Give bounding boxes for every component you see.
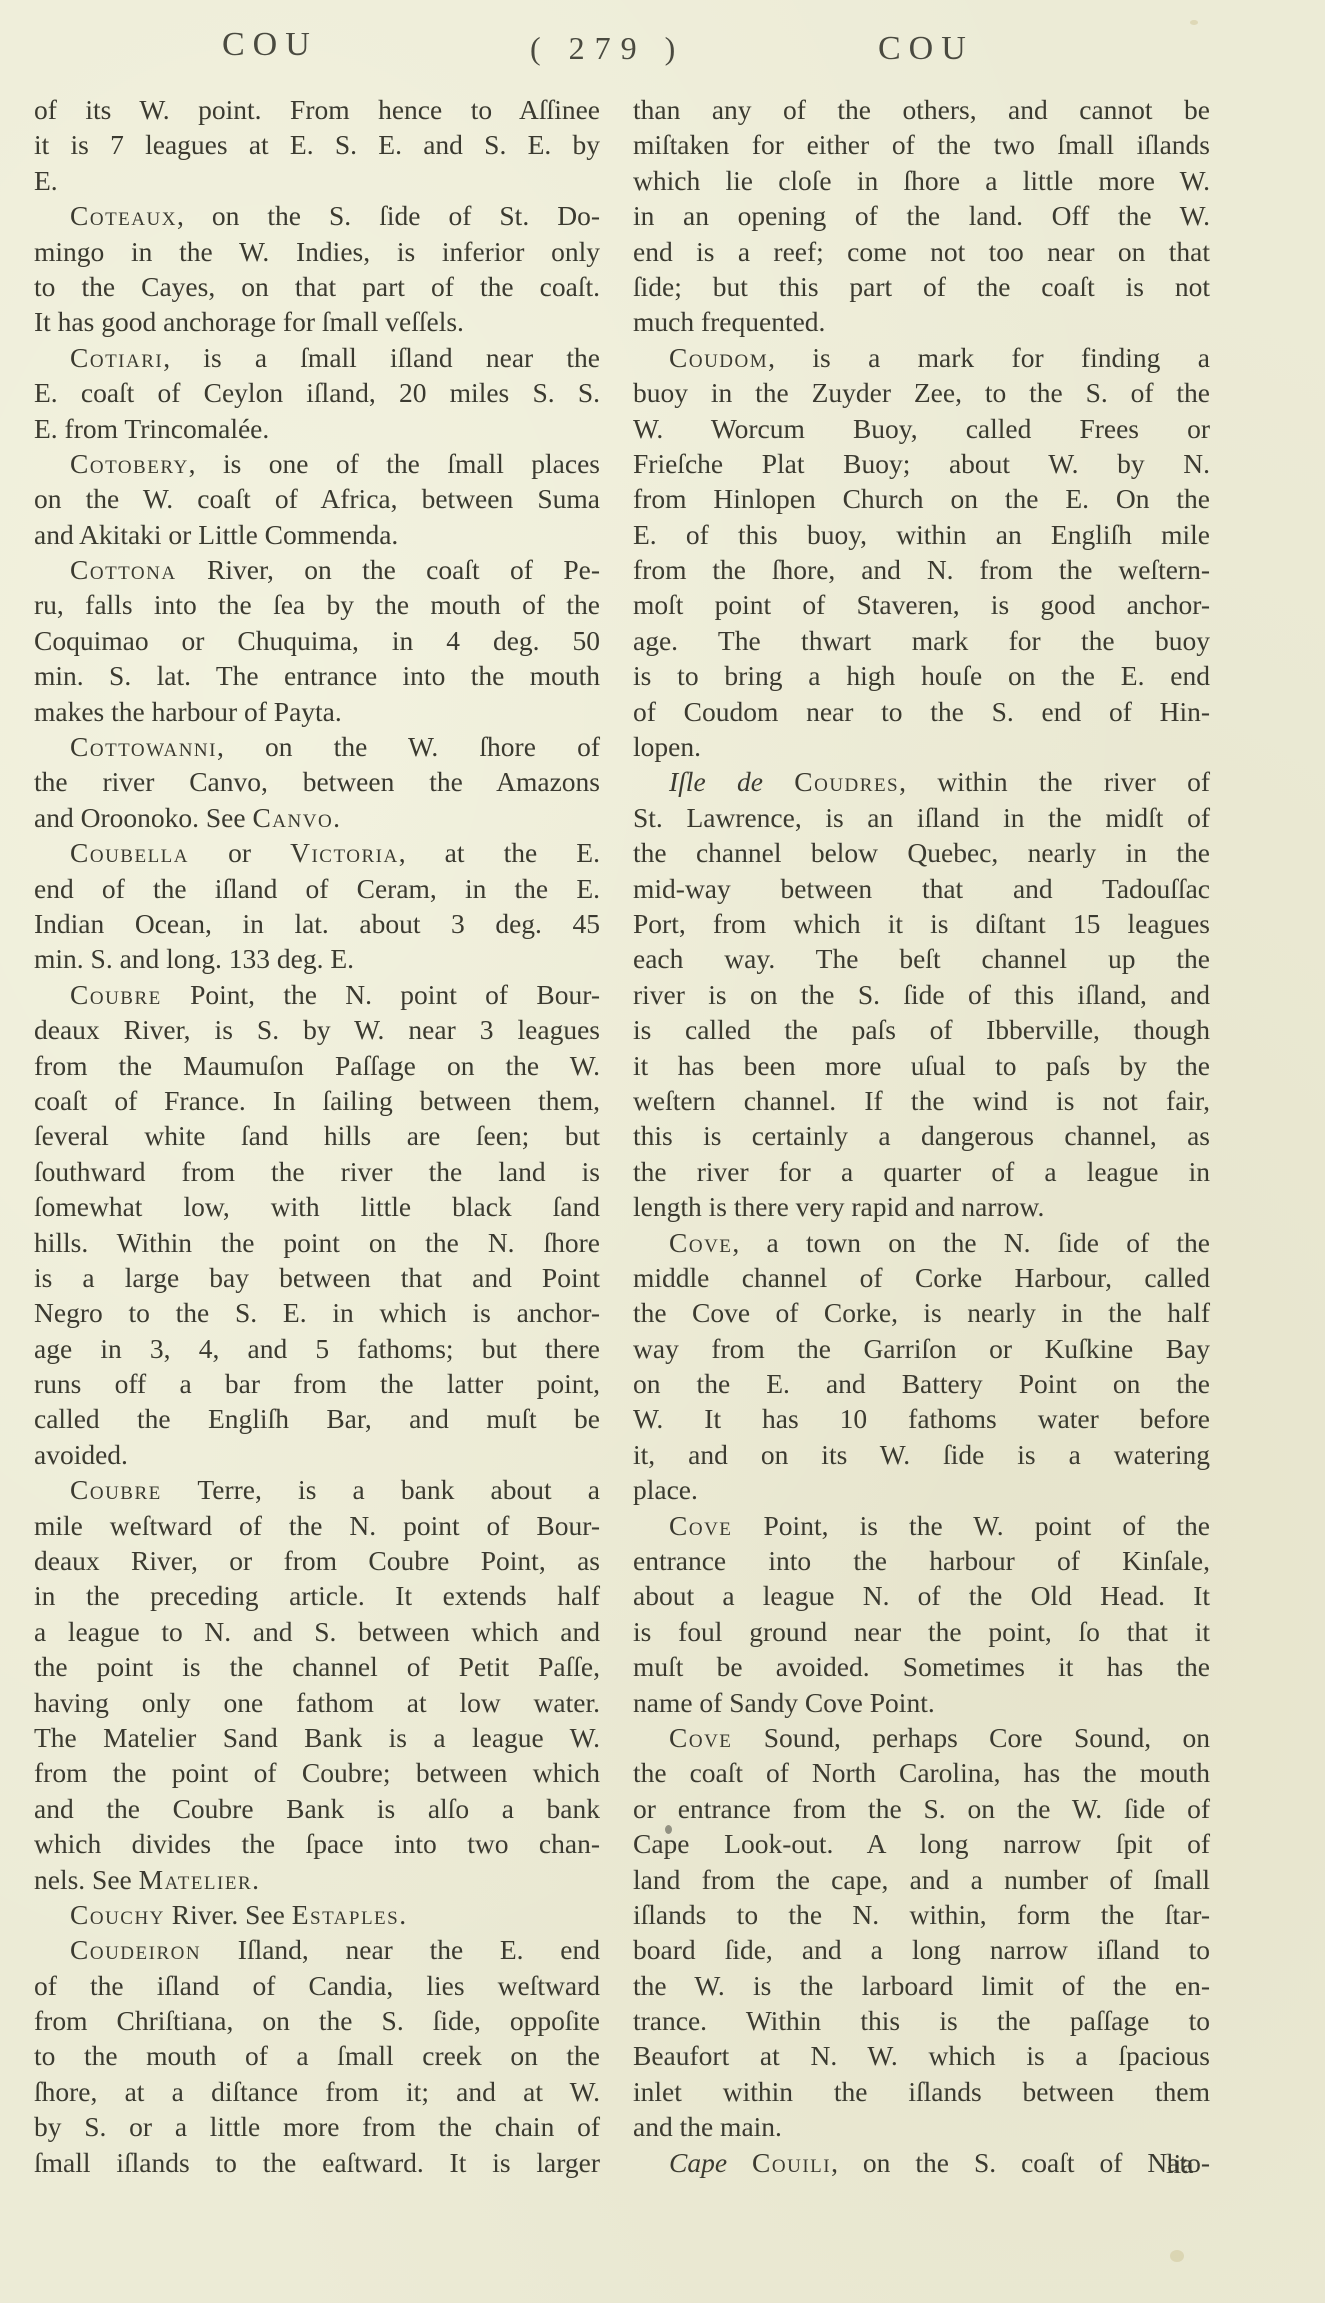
text-line: age. The thwart mark for the buoy bbox=[633, 623, 1210, 658]
entry-headword: Coubre bbox=[70, 979, 162, 1010]
line-text: runs off a bar from the latter point, bbox=[34, 1368, 600, 1399]
text-line: St. Lawrence, is an iſland in the midſt … bbox=[633, 800, 1210, 835]
entry-prefix: Cape bbox=[669, 2147, 752, 2178]
entry-headword: Cottona bbox=[70, 554, 177, 585]
text-line: mile weſtward of the N. point of Bour- bbox=[34, 1508, 600, 1543]
text-line: Indian Ocean, in lat. about 3 deg. 45 bbox=[34, 906, 600, 941]
line-text: it has been more uſual to paſs by the bbox=[633, 1050, 1210, 1081]
entry-headword: Cove bbox=[669, 1510, 732, 1541]
text-line: this is certainly a dangerous channel, a… bbox=[633, 1118, 1210, 1153]
text-line: having only one fathom at low water. bbox=[34, 1685, 600, 1720]
line-text: by S. or a little more from the chain of bbox=[34, 2111, 600, 2142]
cross-reference: Estaples bbox=[292, 1899, 400, 1930]
text-line: end is a reef; come not too near on that bbox=[633, 234, 1210, 269]
entry-headword: Coudeiron bbox=[70, 1934, 201, 1965]
text-line: or entrance from the S. on the W. ſide o… bbox=[633, 1791, 1210, 1826]
line-text: ſmall iſlands to the eaſtward. It is lar… bbox=[34, 2147, 600, 2178]
text-line: by S. or a little more from the chain of bbox=[34, 2109, 600, 2144]
text-line: buoy in the Zuyder Zee, to the S. of the bbox=[633, 375, 1210, 410]
line-text: ſeveral white ſand hills are ſeen; but bbox=[34, 1120, 600, 1151]
text-line: min. S. and long. 133 deg. E. bbox=[34, 941, 600, 976]
text-line: way from the Garriſon or Kuſkine Bay bbox=[633, 1331, 1210, 1366]
entry-headword: Coudom bbox=[669, 342, 768, 373]
line-text: to the mouth of a ſmall creek on the bbox=[34, 2040, 600, 2071]
entry-first-line: Coubre Point, the N. point of Bour- bbox=[34, 977, 600, 1012]
line-text: hills. Within the point on the N. ſhore bbox=[34, 1227, 600, 1258]
line-text: ſomewhat low, with little black ſand bbox=[34, 1191, 600, 1222]
text-line: ſouthward from the river the land is bbox=[34, 1154, 600, 1189]
entry-first-line: Couchy River. See Estaples. bbox=[34, 1897, 600, 1932]
entry-first-line: Cove Sound, perhaps Core Sound, on bbox=[633, 1720, 1210, 1755]
text-line: board ſide, and a long narrow iſland to bbox=[633, 1932, 1210, 1967]
text-line: E. of this buoy, within an Engliſh mile bbox=[633, 517, 1210, 552]
line-text: Beaufort at N. W. which is a ſpacious bbox=[633, 2040, 1210, 2071]
page-number: ( 279 ) bbox=[530, 30, 685, 67]
line-text: coaſt of France. In ſailing between them… bbox=[34, 1085, 600, 1116]
line-text: nels. See bbox=[34, 1864, 139, 1895]
text-line: ſmall iſlands to the eaſtward. It is lar… bbox=[34, 2145, 600, 2180]
text-line: the Cove of Corke, is nearly in the half bbox=[633, 1295, 1210, 1330]
line-text: from Chriſtiana, on the S. ſide, oppoſit… bbox=[34, 2005, 600, 2036]
line-text: trance. Within this is the paſſage to bbox=[633, 2005, 1210, 2036]
entry-first-line: Iſle de Coudres, within the river of bbox=[633, 764, 1210, 799]
line-text: Point, the N. point of Bour- bbox=[162, 979, 600, 1010]
text-line: middle channel of Corke Harbour, called bbox=[633, 1260, 1210, 1295]
text-line: is a large bay between that and Point bbox=[34, 1260, 600, 1295]
text-line: which lie cloſe in ſhore a little more W… bbox=[633, 163, 1210, 198]
text-line: ſeveral white ſand hills are ſeen; but bbox=[34, 1118, 600, 1153]
paper-stain bbox=[1170, 2250, 1184, 2262]
line-text: River, on the coaſt of Pe- bbox=[177, 554, 600, 585]
text-line: ru, falls into the ſea by the mouth of t… bbox=[34, 587, 600, 622]
line-text: ſide; but this part of the coaſt is not bbox=[633, 271, 1210, 302]
line-text: or bbox=[189, 837, 290, 868]
line-text: mingo in the W. Indies, is inferior only bbox=[34, 236, 600, 267]
line-text-tail: . bbox=[333, 802, 340, 833]
text-line: deaux River, is S. by W. near 3 leagues bbox=[34, 1012, 600, 1047]
entry-headword: Couili bbox=[752, 2147, 831, 2178]
line-text: of the iſland of Candia, lies weſtward bbox=[34, 1970, 600, 2001]
line-text: , within the river of bbox=[899, 766, 1210, 797]
entry-headword: Cotiari bbox=[70, 342, 163, 373]
text-line: of Coudom near to the S. end of Hin- bbox=[633, 694, 1210, 729]
line-text: entrance into the harbour of Kinſale, bbox=[633, 1545, 1210, 1576]
entry-headword: Cottowanni bbox=[70, 731, 217, 762]
line-text: avoided. bbox=[34, 1439, 128, 1470]
text-line: river is on the S. ſide of this iſland, … bbox=[633, 977, 1210, 1012]
entry-first-line: Coudeiron Iſland, near the E. end bbox=[34, 1932, 600, 1967]
line-text: on the W. coaſt of Africa, between Suma bbox=[34, 483, 600, 514]
text-line: Coquimao or Chuquima, in 4 deg. 50 bbox=[34, 623, 600, 658]
line-text: which lie cloſe in ſhore a little more W… bbox=[633, 165, 1210, 196]
line-text: miſtaken for either of the two ſmall iſl… bbox=[633, 129, 1210, 160]
text-line: the W. is the larboard limit of the en- bbox=[633, 1968, 1210, 2003]
entry-first-line: Cove, a town on the N. ſide of the bbox=[633, 1225, 1210, 1260]
line-text: of Coudom near to the S. end of Hin- bbox=[633, 696, 1210, 727]
line-text: each way. The beſt channel up the bbox=[633, 943, 1210, 974]
line-text: Cape Look-out. A long narrow ſpit of bbox=[633, 1828, 1210, 1859]
line-text: Coquimao or Chuquima, in 4 deg. 50 bbox=[34, 625, 600, 656]
text-line: avoided. bbox=[34, 1437, 600, 1472]
text-line: is foul ground near the point, ſo that i… bbox=[633, 1614, 1210, 1649]
line-text: river is on the S. ſide of this iſland, … bbox=[633, 979, 1210, 1010]
text-line: age in 3, 4, and 5 fathoms; but there bbox=[34, 1331, 600, 1366]
entry-headword: Couchy bbox=[70, 1899, 165, 1930]
line-text: min. S. and long. 133 deg. E. bbox=[34, 943, 354, 974]
line-text: inlet within the iſlands between them bbox=[633, 2076, 1210, 2107]
text-line: Cape Look-out. A long narrow ſpit of bbox=[633, 1826, 1210, 1861]
line-text: makes the harbour of Payta. bbox=[34, 696, 342, 727]
entry-first-line: Cove Point, is the W. point of the bbox=[633, 1508, 1210, 1543]
text-line: The Matelier Sand Bank is a league W. bbox=[34, 1720, 600, 1755]
text-line: of its W. point. From hence to Aſſinee bbox=[34, 92, 600, 127]
line-text: the river for a quarter of a league in bbox=[633, 1156, 1210, 1187]
text-line: Beaufort at N. W. which is a ſpacious bbox=[633, 2038, 1210, 2073]
line-text-tail: . bbox=[399, 1899, 406, 1930]
line-text: length is there very rapid and narrow. bbox=[633, 1191, 1044, 1222]
right-column: than any of the others, and cannot bemiſ… bbox=[633, 92, 1210, 2180]
scanned-page: COU ( 279 ) COU of its W. point. From he… bbox=[0, 0, 1325, 2303]
text-line: from the ſhore, and N. from the weſtern- bbox=[633, 552, 1210, 587]
text-line: from the Maumuſon Paſſage on the W. bbox=[34, 1048, 600, 1083]
entry-prefix: Iſle de bbox=[669, 766, 794, 797]
line-text: deaux River, is S. by W. near 3 leagues bbox=[34, 1014, 600, 1045]
line-text: the channel below Quebec, nearly in the bbox=[633, 837, 1210, 868]
line-text: middle channel of Corke Harbour, called bbox=[633, 1262, 1210, 1293]
text-line: Port, from which it is diſtant 15 league… bbox=[633, 906, 1210, 941]
text-line: a league to N. and S. between which and bbox=[34, 1614, 600, 1649]
line-text: River. See bbox=[165, 1899, 292, 1930]
text-line: land from the cape, and a number of ſmal… bbox=[633, 1862, 1210, 1897]
text-line: it has been more uſual to paſs by the bbox=[633, 1048, 1210, 1083]
catchword: lia bbox=[1166, 2146, 1194, 2181]
text-line: W. Worcum Buoy, called Frees or bbox=[633, 411, 1210, 446]
entry-first-line: Coudom, is a mark for finding a bbox=[633, 340, 1210, 375]
line-text: the river Canvo, between the Amazons bbox=[34, 766, 600, 797]
entry-headword: Coudres bbox=[794, 766, 899, 797]
line-text: or entrance from the S. on the W. ſide o… bbox=[633, 1793, 1210, 1824]
line-text: buoy in the Zuyder Zee, to the S. of the bbox=[633, 377, 1210, 408]
text-line: much frequented. bbox=[633, 304, 1210, 339]
entry-first-line: Cottona River, on the coaſt of Pe- bbox=[34, 552, 600, 587]
line-text: is called the paſs of Ibberville, though bbox=[633, 1014, 1210, 1045]
line-text: a league to N. and S. between which and bbox=[34, 1616, 600, 1647]
text-line: muſt be avoided. Sometimes it has the bbox=[633, 1649, 1210, 1684]
line-text: moſt point of Staveren, is good anchor- bbox=[633, 589, 1210, 620]
line-text-tail: . bbox=[252, 1864, 259, 1895]
text-line: to the mouth of a ſmall creek on the bbox=[34, 2038, 600, 2073]
line-text: mid-way between that and Tadouſſac bbox=[633, 873, 1210, 904]
line-text: it, and on its W. ſide is a watering bbox=[633, 1439, 1210, 1470]
cross-reference: Matelier bbox=[139, 1864, 253, 1895]
line-text: Terre, is a bank about a bbox=[162, 1474, 600, 1505]
line-text: The Matelier Sand Bank is a league W. bbox=[34, 1722, 600, 1753]
entry-first-line: Cottowanni, on the W. ſhore of bbox=[34, 729, 600, 764]
line-text: the point is the channel of Petit Paſſe, bbox=[34, 1651, 600, 1682]
line-text: place. bbox=[633, 1474, 698, 1505]
line-text: name of Sandy Cove Point. bbox=[633, 1687, 935, 1718]
line-text: is foul ground near the point, ſo that i… bbox=[633, 1616, 1210, 1647]
entry-headword: Coteaux bbox=[70, 200, 177, 231]
line-text: in the preceding article. It extends hal… bbox=[34, 1580, 600, 1611]
text-line: makes the harbour of Payta. bbox=[34, 694, 600, 729]
line-text: iſlands to the N. within, form the ſtar- bbox=[633, 1899, 1210, 1930]
paper-stain bbox=[1190, 20, 1198, 25]
text-line: the channel below Quebec, nearly in the bbox=[633, 835, 1210, 870]
line-text: it is 7 leagues at E. S. E. and S. E. by bbox=[34, 129, 600, 160]
line-text: which divides the ſpace into two chan- bbox=[34, 1828, 600, 1859]
text-line: the river Canvo, between the Amazons bbox=[34, 764, 600, 799]
line-text: ſouthward from the river the land is bbox=[34, 1156, 600, 1187]
line-text: called the Engliſh Bar, and muſt be bbox=[34, 1403, 600, 1434]
line-text: , on the S. ſide of St. Do- bbox=[177, 200, 600, 231]
text-line: is to bring a high houſe on the E. end bbox=[633, 658, 1210, 693]
entry-headword: Coubre bbox=[70, 1474, 162, 1505]
text-line: end of the iſland of Ceram, in the E. bbox=[34, 871, 600, 906]
line-text: weſtern channel. If the wind is not fair… bbox=[633, 1085, 1210, 1116]
paper-stain bbox=[665, 1825, 672, 1834]
text-line: is called the paſs of Ibberville, though bbox=[633, 1012, 1210, 1047]
line-text: way from the Garriſon or Kuſkine Bay bbox=[633, 1333, 1210, 1364]
line-text: than any of the others, and cannot be bbox=[633, 94, 1210, 125]
line-text: of its W. point. From hence to Aſſinee bbox=[34, 94, 600, 125]
text-line: ſide; but this part of the coaſt is not bbox=[633, 269, 1210, 304]
text-line: from Chriſtiana, on the S. ſide, oppoſit… bbox=[34, 2003, 600, 2038]
line-text: on the E. and Battery Point on the bbox=[633, 1368, 1210, 1399]
text-line: than any of the others, and cannot be bbox=[633, 92, 1210, 127]
line-text: , a town on the N. ſide of the bbox=[732, 1227, 1210, 1258]
text-line: weſtern channel. If the wind is not fair… bbox=[633, 1083, 1210, 1118]
text-line: length is there very rapid and narrow. bbox=[633, 1189, 1210, 1224]
entry-first-line: Cotobery, is one of the ſmall places bbox=[34, 446, 600, 481]
text-line: runs off a bar from the latter point, bbox=[34, 1366, 600, 1401]
text-line: name of Sandy Cove Point. bbox=[633, 1685, 1210, 1720]
line-text: St. Lawrence, is an iſland in the midſt … bbox=[633, 802, 1210, 833]
text-line: miſtaken for either of the two ſmall iſl… bbox=[633, 127, 1210, 162]
line-text: the W. is the larboard limit of the en- bbox=[633, 1970, 1210, 2001]
line-text: end is a reef; come not too near on that bbox=[633, 236, 1210, 267]
text-line: mid-way between that and Tadouſſac bbox=[633, 871, 1210, 906]
line-text: E. bbox=[34, 165, 58, 196]
line-text: this is certainly a dangerous channel, a… bbox=[633, 1120, 1210, 1151]
text-line: each way. The beſt channel up the bbox=[633, 941, 1210, 976]
line-text: muſt be avoided. Sometimes it has the bbox=[633, 1651, 1210, 1682]
line-text: deaux River, or from Coubre Point, as bbox=[34, 1545, 600, 1576]
text-line: the point is the channel of Petit Paſſe, bbox=[34, 1649, 600, 1684]
cross-reference: Canvo bbox=[252, 802, 333, 833]
line-text: Iſland, near the E. end bbox=[201, 1934, 600, 1965]
line-text: from the ſhore, and N. from the weſtern- bbox=[633, 554, 1210, 585]
text-line: E. bbox=[34, 163, 600, 198]
line-text: to the Cayes, on that part of the coaſt. bbox=[34, 271, 600, 302]
line-text: and the main. bbox=[633, 2111, 782, 2142]
line-text: from Hinlopen Church on the E. On the bbox=[633, 483, 1210, 514]
text-line: to the Cayes, on that part of the coaſt. bbox=[34, 269, 600, 304]
line-text: and Oroonoko. See bbox=[34, 802, 252, 833]
entry-first-line: Coubella or Victoria, at the E. bbox=[34, 835, 600, 870]
line-text: , is a ſmall iſland near the bbox=[163, 342, 600, 373]
text-line: about a league N. of the Old Head. It bbox=[633, 1578, 1210, 1613]
text-line: ſhore, at a diſtance from it; and at W. bbox=[34, 2074, 600, 2109]
entry-headword: Cove bbox=[669, 1227, 732, 1258]
text-line: and the main. bbox=[633, 2109, 1210, 2144]
text-line: from Hinlopen Church on the E. On the bbox=[633, 481, 1210, 516]
line-text: in an opening of the land. Off the W. bbox=[633, 200, 1210, 231]
line-text: the coaſt of North Carolina, has the mou… bbox=[633, 1757, 1210, 1788]
running-head-right: COU bbox=[878, 30, 974, 68]
line-text: is to bring a high houſe on the E. end bbox=[633, 660, 1210, 691]
line-text: and the Coubre Bank is alſo a bank bbox=[34, 1793, 600, 1824]
line-text: min. S. lat. The entrance into the mouth bbox=[34, 660, 600, 691]
line-text: from the Maumuſon Paſſage on the W. bbox=[34, 1050, 600, 1081]
line-text: Frieſche Plat Buoy; about W. by N. bbox=[633, 448, 1210, 479]
text-line: min. S. lat. The entrance into the mouth bbox=[34, 658, 600, 693]
text-line: it, and on its W. ſide is a watering bbox=[633, 1437, 1210, 1472]
line-text: having only one fathom at low water. bbox=[34, 1687, 600, 1718]
line-text: Negro to the S. E. in which is anchor- bbox=[34, 1297, 600, 1328]
text-line: W. It has 10 fathoms water before bbox=[633, 1401, 1210, 1436]
text-line: and Akitaki or Little Commenda. bbox=[34, 517, 600, 552]
line-text: W. Worcum Buoy, called Frees or bbox=[633, 413, 1210, 444]
text-line: on the W. coaſt of Africa, between Suma bbox=[34, 481, 600, 516]
text-line: deaux River, or from Coubre Point, as bbox=[34, 1543, 600, 1578]
line-text: ſhore, at a diſtance from it; and at W. bbox=[34, 2076, 600, 2107]
line-text: lopen. bbox=[633, 731, 701, 762]
line-text: E. coaſt of Ceylon iſland, 20 miles S. S… bbox=[34, 377, 600, 408]
entry-headword: Coubella bbox=[70, 837, 189, 868]
text-line: the river for a quarter of a league in bbox=[633, 1154, 1210, 1189]
line-text: , on the S. coaſt of Nato- bbox=[831, 2147, 1210, 2178]
text-line: which divides the ſpace into two chan- bbox=[34, 1826, 600, 1861]
entry-headword-alt: Victoria bbox=[290, 837, 399, 868]
line-text: about a league N. of the Old Head. It bbox=[633, 1580, 1210, 1611]
text-line: entrance into the harbour of Kinſale, bbox=[633, 1543, 1210, 1578]
line-text: age. The thwart mark for the buoy bbox=[633, 625, 1210, 656]
text-line: It has good anchorage for ſmall veſſels. bbox=[34, 304, 600, 339]
line-text: It has good anchorage for ſmall veſſels. bbox=[34, 306, 464, 337]
entry-first-line: Cape Couili, on the S. coaſt of Nato- bbox=[633, 2145, 1210, 2180]
line-text: ru, falls into the ſea by the mouth of t… bbox=[34, 589, 600, 620]
line-text: , is a mark for finding a bbox=[768, 342, 1210, 373]
line-text: and Akitaki or Little Commenda. bbox=[34, 519, 398, 550]
line-text-tail: , at the E. bbox=[399, 837, 600, 868]
line-text: is a large bay between that and Point bbox=[34, 1262, 600, 1293]
text-line: ſomewhat low, with little black ſand bbox=[34, 1189, 600, 1224]
line-text: age in 3, 4, and 5 fathoms; but there bbox=[34, 1333, 600, 1364]
line-text: , is one of the ſmall places bbox=[189, 448, 600, 479]
text-line: Frieſche Plat Buoy; about W. by N. bbox=[633, 446, 1210, 481]
text-line: mingo in the W. Indies, is inferior only bbox=[34, 234, 600, 269]
entry-headword: Cotobery bbox=[70, 448, 189, 479]
text-line: and Oroonoko. See Canvo. bbox=[34, 800, 600, 835]
text-line: it is 7 leagues at E. S. E. and S. E. by bbox=[34, 127, 600, 162]
line-text: E. from Trincomalée. bbox=[34, 413, 269, 444]
line-text: E. of this buoy, within an Engliſh mile bbox=[633, 519, 1210, 550]
text-line: the coaſt of North Carolina, has the mou… bbox=[633, 1755, 1210, 1790]
text-line: lopen. bbox=[633, 729, 1210, 764]
line-text: board ſide, and a long narrow iſland to bbox=[633, 1934, 1210, 1965]
text-line: in the preceding article. It extends hal… bbox=[34, 1578, 600, 1613]
line-text: from the point of Coubre; between which bbox=[34, 1757, 600, 1788]
line-text: , on the W. ſhore of bbox=[217, 731, 600, 762]
text-line: Negro to the S. E. in which is anchor- bbox=[34, 1295, 600, 1330]
text-line: iſlands to the N. within, form the ſtar- bbox=[633, 1897, 1210, 1932]
text-line: from the point of Coubre; between which bbox=[34, 1755, 600, 1790]
line-text: Port, from which it is diſtant 15 league… bbox=[633, 908, 1210, 939]
text-line: and the Coubre Bank is alſo a bank bbox=[34, 1791, 600, 1826]
line-text: Indian Ocean, in lat. about 3 deg. 45 bbox=[34, 908, 600, 939]
text-line: place. bbox=[633, 1472, 1210, 1507]
text-line: inlet within the iſlands between them bbox=[633, 2074, 1210, 2109]
entry-first-line: Coteaux, on the S. ſide of St. Do- bbox=[34, 198, 600, 233]
line-text: Sound, perhaps Core Sound, on bbox=[732, 1722, 1210, 1753]
entry-headword: Cove bbox=[669, 1722, 732, 1753]
left-column: of its W. point. From hence to Aſſineeit… bbox=[34, 92, 600, 2180]
text-line: trance. Within this is the paſſage to bbox=[633, 2003, 1210, 2038]
text-line: of the iſland of Candia, lies weſtward bbox=[34, 1968, 600, 2003]
line-text: the Cove of Corke, is nearly in the half bbox=[633, 1297, 1210, 1328]
line-text: W. It has 10 fathoms water before bbox=[633, 1403, 1210, 1434]
text-line: coaſt of France. In ſailing between them… bbox=[34, 1083, 600, 1118]
text-line: hills. Within the point on the N. ſhore bbox=[34, 1225, 600, 1260]
line-text: much frequented. bbox=[633, 306, 825, 337]
text-line: E. from Trincomalée. bbox=[34, 411, 600, 446]
entry-first-line: Coubre Terre, is a bank about a bbox=[34, 1472, 600, 1507]
running-head-left: COU bbox=[222, 26, 318, 64]
running-head: COU ( 279 ) COU bbox=[0, 22, 1325, 72]
line-text: mile weſtward of the N. point of Bour- bbox=[34, 1510, 600, 1541]
text-line: moſt point of Staveren, is good anchor- bbox=[633, 587, 1210, 622]
text-line: nels. See Matelier. bbox=[34, 1862, 600, 1897]
text-line: in an opening of the land. Off the W. bbox=[633, 198, 1210, 233]
text-line: on the E. and Battery Point on the bbox=[633, 1366, 1210, 1401]
line-text: land from the cape, and a number of ſmal… bbox=[633, 1864, 1210, 1895]
line-text: Point, is the W. point of the bbox=[732, 1510, 1210, 1541]
entry-first-line: Cotiari, is a ſmall iſland near the bbox=[34, 340, 600, 375]
text-line: E. coaſt of Ceylon iſland, 20 miles S. S… bbox=[34, 375, 600, 410]
text-line: called the Engliſh Bar, and muſt be bbox=[34, 1401, 600, 1436]
line-text: end of the iſland of Ceram, in the E. bbox=[34, 873, 600, 904]
